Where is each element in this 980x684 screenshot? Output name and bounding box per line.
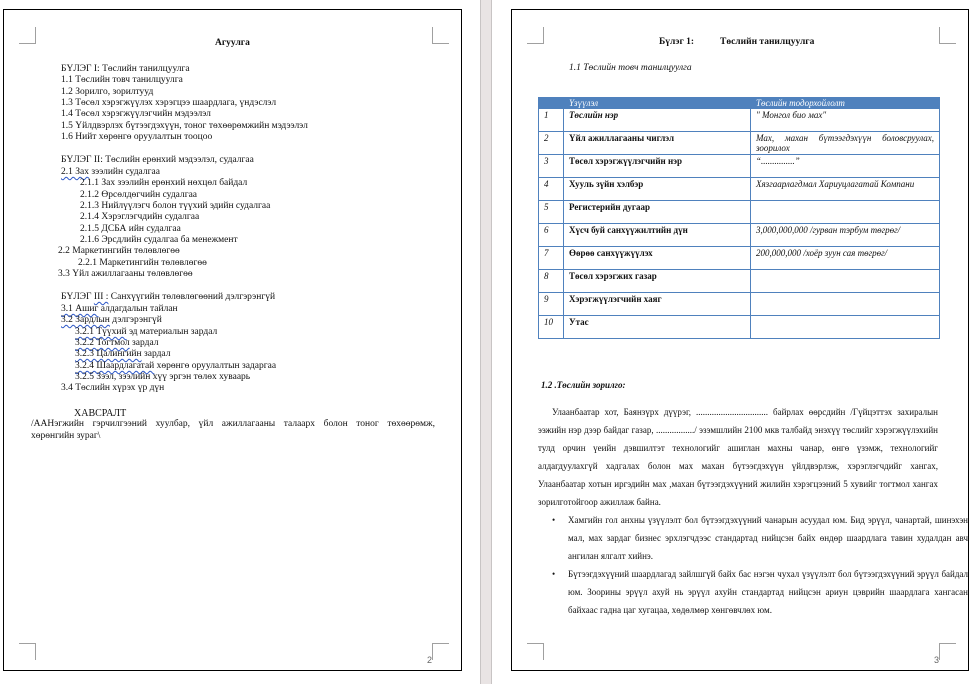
toc-entry[interactable]: БҮЛЭГ I: Төслийн танилцуулга	[61, 64, 190, 76]
row-description	[751, 201, 940, 224]
toc-entry-label: 2.1.2 Өрсөлдөгчийн судалгаа	[80, 190, 197, 200]
crop-mark-top-right	[939, 27, 956, 44]
row-description: 3,000,000,000 /гурван тэрбум төгрөг/	[751, 224, 940, 247]
toc-entry[interactable]: БҮЛЭГ II: Төслийн ерөнхий мэдээлэл, суда…	[61, 155, 254, 167]
section-1-1-heading: 1.1 Төслийн товч танилцуулга	[569, 63, 692, 75]
table-row: 7Өөрөө санхүүжүүлэх200,000,000 /хоёр зуу…	[539, 247, 940, 270]
toc-entry-label: БҮЛЭГ I: Төслийн танилцуулга	[61, 64, 190, 74]
toc-entry[interactable]: 2.1.1 Зах зээлийн ерөнхий нөхцөл байдал	[80, 178, 247, 190]
row-indicator: Регистерийн дугаар	[564, 201, 751, 224]
row-description: Мах, махан бүтээгдэхүүн боловсруулах, зо…	[751, 132, 940, 155]
page-number: 2	[427, 655, 432, 665]
toc-entry[interactable]: 1.5 Үйлдвэрлэх бүтээгдэхүүн, тоног төхөө…	[61, 121, 308, 133]
row-number: 5	[539, 201, 564, 224]
goal-paragraph: Улаанбаатар хот, Баянзүрх дүүрэг, ......…	[538, 403, 938, 511]
toc-entry-label: эд материалын зардал	[127, 327, 218, 337]
toc-entry[interactable]: 2.1.2 Өрсөлдөгчийн судалгаа	[80, 190, 197, 202]
document-page-2[interactable]: Агуулга БҮЛЭГ I: Төслийн танилцуулга1.1 …	[3, 9, 462, 671]
toc-entry[interactable]: 1.3 Төсөл хэрэгжүүлэх хэрэгцээ шаардлага…	[61, 98, 276, 110]
toc-entry[interactable]: 3.2 Зардлын дэлгэрэнгүй	[61, 315, 162, 327]
toc-entry-label: хөрөнгө оруулалтын задаргаа	[154, 361, 276, 371]
row-indicator: Хууль зүйн хэлбэр	[564, 178, 751, 201]
toc-entry-label: 1.4 Төсөл хэрэгжүүлэгчийн мэдээлэл	[61, 109, 211, 119]
toc-entry-number: 3.2.1 Түүхий	[75, 327, 127, 337]
table-row: 5Регистерийн дугаар	[539, 201, 940, 224]
row-description: " Монгол био мах"	[751, 109, 940, 132]
bullet-text: Бүтээгдэхүүний шаардлагад зайлшгүй байх …	[568, 569, 968, 615]
table-header-description: Төслийн тодорхойлолт	[751, 98, 940, 109]
toc-entry-label: 2.2 Маркетингийн төлөвлөгөө	[58, 246, 180, 256]
toc-entry-number: 3.2 Зардлын	[61, 315, 110, 325]
toc-entry-label: 2.1.1 Зах зээлийн ерөнхий нөхцөл байдал	[80, 178, 247, 188]
toc-entry-number: 3.1 Ашиг	[61, 304, 98, 314]
toc-entry[interactable]: 3.4 Төслийн хүрэх үр дүн	[61, 383, 164, 395]
bullet-icon: •	[552, 565, 555, 583]
crop-mark-top-left	[527, 27, 544, 44]
goal-bullet-list: •Хамгийн гол анхны үзүүлэлт бол бүтээгдэ…	[538, 511, 968, 619]
toc-entry[interactable]: 2.1 Зах зээлийн судалгаа	[61, 167, 160, 179]
toc-entry-label: зээлийн судалгаа	[89, 167, 160, 177]
toc-entry-label: 1.1 Төслийн товч танилцуулга	[61, 75, 183, 85]
row-description	[751, 293, 940, 316]
bullet-item: •Бүтээгдэхүүний шаардлагад зайлшгүй байх…	[568, 565, 968, 619]
toc-title: Агуулга	[215, 38, 250, 50]
row-number: 3	[539, 155, 564, 178]
toc-entry[interactable]: 3.2.5 Зээл, зээлийн хүү эргэн төлөх хува…	[75, 372, 250, 384]
toc-entry[interactable]: 2.1.6 Эрсдлийн судалгаа ба менежмент	[80, 235, 238, 247]
appendix-text-line-2: хөрөнгийн зураг\	[31, 431, 100, 443]
row-number: 6	[539, 224, 564, 247]
crop-mark-top-right	[432, 27, 449, 44]
crop-mark-bottom-left	[19, 643, 36, 660]
page-number: 3	[934, 655, 939, 665]
appendix-title: ХАВСРАЛТ	[74, 408, 126, 420]
toc-entry[interactable]: 2.2 Маркетингийн төлөвлөгөө	[58, 246, 180, 258]
toc-entry-label: зардал	[142, 349, 171, 359]
table-row: 6Хүсч буй санхүүжилтийн дүн3,000,000,000…	[539, 224, 940, 247]
row-indicator: Төсөл хэрэгжих газар	[564, 270, 751, 293]
toc-entry-label: 2.1.6 Эрсдлийн судалгаа ба менежмент	[80, 235, 238, 245]
toc-entry-number: 2.1 Зах	[61, 167, 89, 177]
row-indicator: Үйл ажиллагааны чиглэл	[564, 132, 751, 155]
toc-entry-label: 1.6 Нийт хөрөнгө оруулалтын тооцоо	[61, 132, 212, 142]
table-row: 10Утас	[539, 316, 940, 339]
row-number: 10	[539, 316, 564, 339]
toc-entry-label: БҮЛЭГ II: Төслийн ерөнхий мэдээлэл, суда…	[61, 155, 254, 165]
row-indicator: Өөрөө санхүүжүүлэх	[564, 247, 751, 270]
crop-mark-bottom-right	[432, 643, 449, 660]
row-description	[751, 316, 940, 339]
row-indicator: Хэрэгжүүлэгчийн хаяг	[564, 293, 751, 316]
toc-entry-label: дэлгэрэнгүй	[110, 315, 162, 325]
toc-entry-label: алдагдалын тайлан	[98, 304, 177, 314]
section-1-2-heading: 1.2 .Төслийн зорилго:	[541, 380, 625, 392]
toc-entry[interactable]: 1.4 Төсөл хэрэгжүүлэгчийн мэдээлэл	[61, 109, 211, 121]
chapter-title: Төслийн танилцуулга	[720, 37, 814, 49]
row-description: “...............”	[751, 155, 940, 178]
spellcheck-flagged-text: III :	[94, 292, 109, 302]
toc-entry[interactable]: 3.3 Үйл ажиллагааны төлөвлөгөө	[58, 269, 193, 281]
toc-entry-number: 3.2.2 Тогтмол	[75, 338, 130, 348]
appendix-text-line-1: /ААНэгжийн гэрчилгээний хуулбар, үйл ажи…	[31, 419, 435, 431]
row-indicator: Утас	[564, 316, 751, 339]
row-description: 200,000,000 /хоёр зуун сая төгрөг/	[751, 247, 940, 270]
toc-entry-number: 3.2.4 Шаардлагатай	[75, 361, 154, 371]
toc-entry-label: Санхүүгийн төлөвлөгөөний дэлгэрэнгүй	[108, 292, 275, 302]
toc-entry-label: 2.2.1 Маркетингийн төлөвлөгөө	[78, 258, 207, 268]
crop-mark-bottom-left	[527, 643, 544, 660]
row-indicator: Төсөл хэрэгжүүлэгчийн нэр	[564, 155, 751, 178]
row-number: 8	[539, 270, 564, 293]
toc-entry-label: 1.5 Үйлдвэрлэх бүтээгдэхүүн, тоног төхөө…	[61, 121, 308, 131]
toc-entry-label: 1.2 Зорилго, зорилтууд	[61, 87, 153, 97]
toc-entry-label: 3.3 Үйл ажиллагааны төлөвлөгөө	[58, 269, 193, 279]
row-number: 2	[539, 132, 564, 155]
row-description	[751, 270, 940, 293]
project-info-table: Үзүүлэл Төслийн тодорхойлолт 1Төслийн нэ…	[538, 97, 940, 339]
row-number: 7	[539, 247, 564, 270]
row-number: 9	[539, 293, 564, 316]
toc-entry-label: 3.4 Төслийн хүрэх үр дүн	[61, 383, 164, 393]
bullet-item: •Хамгийн гол анхны үзүүлэлт бол бүтээгдэ…	[568, 511, 968, 565]
toc-entry[interactable]: 1.6 Нийт хөрөнгө оруулалтын тооцоо	[61, 132, 212, 144]
toc-entry-label: 1.3 Төсөл хэрэгжүүлэх хэрэгцээ шаардлага…	[61, 98, 276, 108]
toc-entry[interactable]: 2.1.4 Хэрэглэгчдийн судалгаа	[80, 212, 199, 224]
toc-entry-number: 3.2.3 Цалингийн	[75, 349, 142, 359]
page-gap-scrollbar-area	[480, 0, 492, 684]
table-header-row: Үзүүлэл Төслийн тодорхойлолт	[539, 98, 940, 109]
crop-mark-bottom-right	[939, 643, 956, 660]
toc-entry[interactable]: 3.2.2 Тогтмол зардал	[75, 338, 158, 350]
toc-entry[interactable]: 3.2.4 Шаардлагатай хөрөнгө оруулалтын за…	[75, 361, 276, 373]
row-number: 1	[539, 109, 564, 132]
toc-entry[interactable]: 3.2.3 Цалингийн зардал	[75, 349, 170, 361]
table-row: 9Хэрэгжүүлэгчийн хаяг	[539, 293, 940, 316]
table-header-number	[539, 98, 564, 109]
toc-entry-label: 3.2.5 Зээл, зээлийн хүү эргэн төлөх хува…	[75, 372, 250, 382]
bullet-icon: •	[552, 511, 555, 529]
document-page-3[interactable]: Бүлэг 1: Төслийн танилцуулга 1.1 Төслийн…	[511, 9, 969, 671]
toc-entry-label: 2.1.5 ДСБА ийн судалгаа	[80, 224, 181, 234]
row-description: Хязгаарлагдмал Хариуцлагатай Компани	[751, 178, 940, 201]
crop-mark-top-left	[19, 27, 36, 44]
toc-entry-label: 2.1.3 Нийлүүлэгч болон түүхий эдийн суда…	[80, 201, 270, 211]
toc-entry[interactable]: 2.1.3 Нийлүүлэгч болон түүхий эдийн суда…	[80, 201, 270, 213]
toc-entry[interactable]: 2.1.5 ДСБА ийн судалгаа	[80, 224, 181, 236]
toc-entry[interactable]: 3.1 Ашиг алдагдалын тайлан	[61, 304, 178, 316]
row-number: 4	[539, 178, 564, 201]
chapter-label: Бүлэг 1:	[659, 37, 694, 49]
toc-entry[interactable]: 3.2.1 Түүхий эд материалын зардал	[75, 327, 217, 339]
row-indicator: Хүсч буй санхүүжилтийн дүн	[564, 224, 751, 247]
table-header-indicator: Үзүүлэл	[564, 98, 751, 109]
row-indicator: Төслийн нэр	[564, 109, 751, 132]
toc-entry-label: зардал	[130, 338, 159, 348]
toc-entry[interactable]: 1.1 Төслийн товч танилцуулга	[61, 75, 183, 87]
table-row: 2Үйл ажиллагааны чиглэлМах, махан бүтээг…	[539, 132, 940, 155]
table-row: 4Хууль зүйн хэлбэрХязгаарлагдмал Хариуцл…	[539, 178, 940, 201]
table-row: 1Төслийн нэр" Монгол био мах"	[539, 109, 940, 132]
toc-entry-label: 2.1.4 Хэрэглэгчдийн судалгаа	[80, 212, 199, 222]
table-row: 3Төсөл хэрэгжүүлэгчийн нэр“.............…	[539, 155, 940, 178]
toc-entry[interactable]: 2.2.1 Маркетингийн төлөвлөгөө	[78, 258, 207, 270]
toc-entry[interactable]: 1.2 Зорилго, зорилтууд	[61, 87, 153, 99]
toc-entry-number: БҮЛЭГ	[61, 292, 94, 302]
table-row: 8Төсөл хэрэгжих газар	[539, 270, 940, 293]
bullet-text: Хамгийн гол анхны үзүүлэлт бол бүтээгдэх…	[568, 515, 968, 561]
toc-entry[interactable]: БҮЛЭГ III : Санхүүгийн төлөвлөгөөний дэл…	[61, 292, 275, 304]
